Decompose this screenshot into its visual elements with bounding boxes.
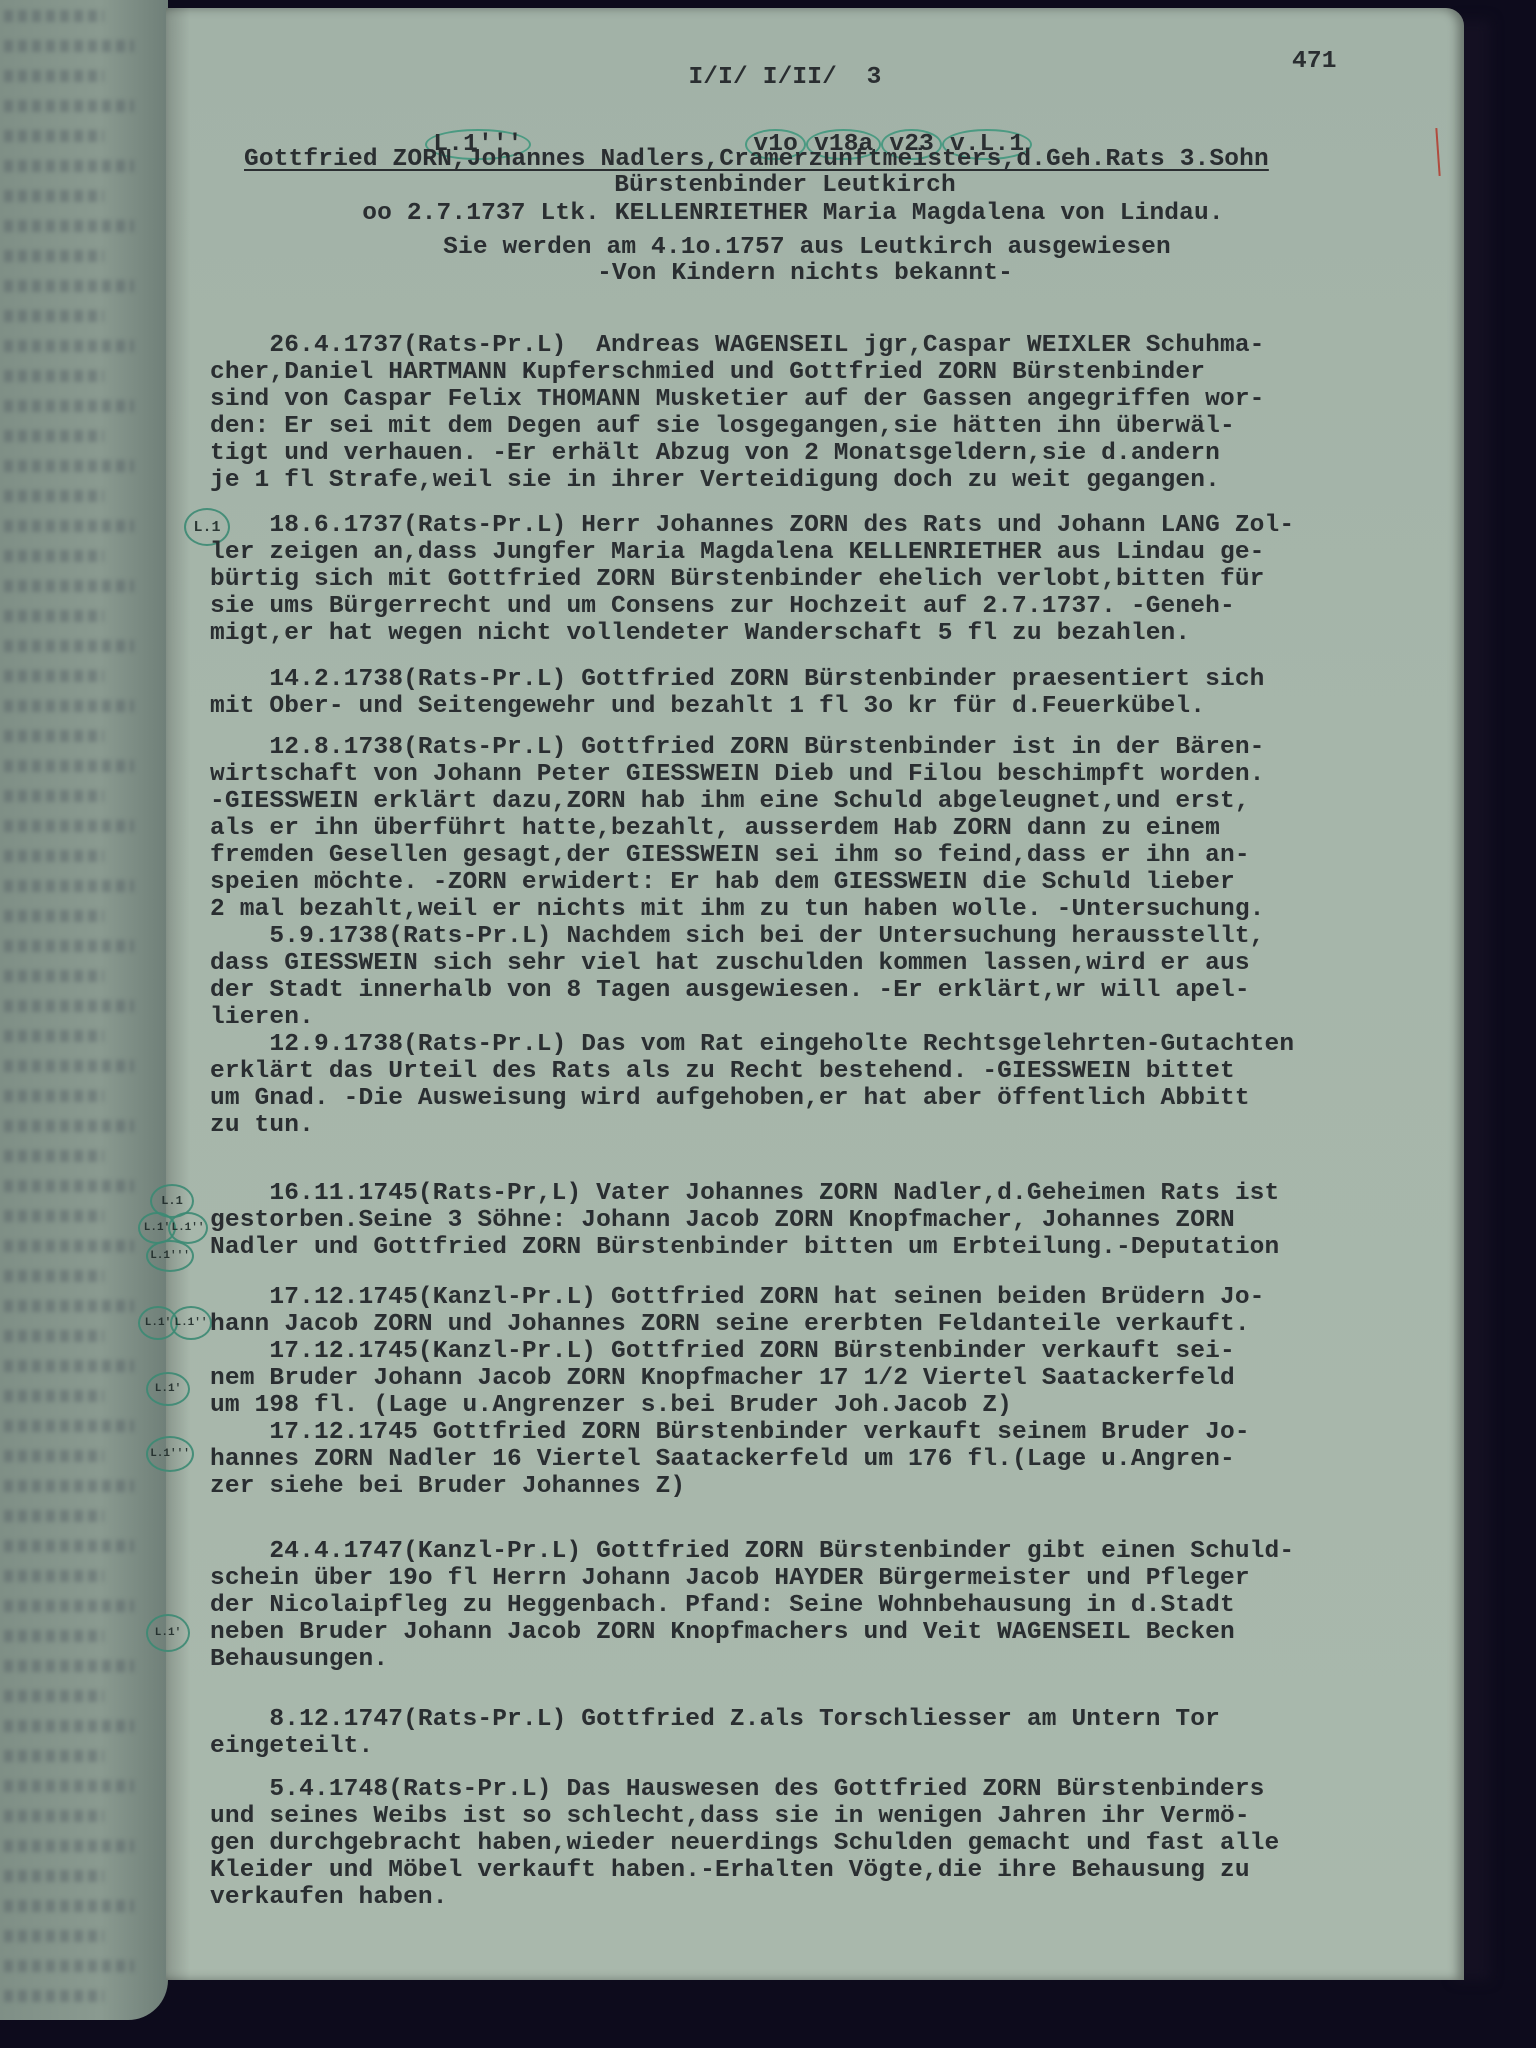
text-line: hannes ZORN Nadler 16 Viertel Saatackerf… xyxy=(210,1446,1450,1473)
text-line: 17.12.1745 Gottfried ZORN Bürstenbinder … xyxy=(210,1419,1450,1446)
text-line: lieren. xyxy=(210,1004,1450,1031)
entry-1747-12-08: 8.12.1747(Rats-Pr.L) Gottfried Z.als Tor… xyxy=(210,1706,1450,1760)
heading-occupation: Bürstenbinder Leutkirch xyxy=(136,172,1434,199)
text-line: der Stadt innerhalb von 8 Tagen ausgewie… xyxy=(210,977,1450,1004)
text-line: tigt und verhauen. -Er erhält Abzug von … xyxy=(210,440,1450,467)
file-reference: I/I/ I/II/ 3 xyxy=(136,64,1434,91)
entry-1747-04-24: 24.4.1747(Kanzl-Pr.L) Gottfried ZORN Bür… xyxy=(210,1538,1450,1673)
margin-tag: L.1'' xyxy=(168,1212,208,1244)
heading-marriage: oo 2.7.1737 Ltk. KELLENRIETHER Maria Mag… xyxy=(144,200,1442,227)
text-line: 16.11.1745(Rats-Pr,L) Vater Johannes ZOR… xyxy=(210,1180,1450,1207)
text-line: den: Er sei mit dem Degen auf sie losgeg… xyxy=(210,413,1450,440)
text-line: 18.6.1737(Rats-Pr.L) Herr Johannes ZORN … xyxy=(210,512,1450,539)
text-line: 26.4.1737(Rats-Pr.L) Andreas WAGENSEIL j… xyxy=(210,332,1450,359)
text-line: sind von Caspar Felix THOMANN Musketier … xyxy=(210,386,1450,413)
text-line: Nadler und Gottfried ZORN Bürstenbinder … xyxy=(210,1234,1450,1261)
text-line: 17.12.1745(Kanzl-Pr.L) Gottfried ZORN ha… xyxy=(210,1284,1450,1311)
text-line: Kleider und Möbel verkauft haben.-Erhalt… xyxy=(210,1857,1450,1884)
text-line: zer siehe bei Bruder Johannes Z) xyxy=(210,1473,1450,1500)
text-line: speien möchte. -ZORN erwidert: Er hab de… xyxy=(210,869,1450,896)
entry-1738-08-12: 12.8.1738(Rats-Pr.L) Gottfried ZORN Bürs… xyxy=(210,734,1450,1139)
entry-1737-04-26: 26.4.1737(Rats-Pr.L) Andreas WAGENSEIL j… xyxy=(210,332,1450,494)
text-line: zu tun. xyxy=(210,1112,1450,1139)
margin-tag: L.1''' xyxy=(146,1436,194,1472)
text-line: um 198 fl. (Lage u.Angrenzer s.bei Brude… xyxy=(210,1392,1450,1419)
text-line: 17.12.1745(Kanzl-Pr.L) Gottfried ZORN Bü… xyxy=(210,1338,1450,1365)
text-line: bürtig sich mit Gottfried ZORN Bürstenbi… xyxy=(210,566,1450,593)
heading-name: Gottfried ZORN,Johannes Nadlers,Cramerzu… xyxy=(244,146,1269,173)
facing-page-edge xyxy=(0,0,168,2020)
text-line: 2 mal bezahlt,weil er nichts mit ihm zu … xyxy=(210,896,1450,923)
text-line: 12.8.1738(Rats-Pr.L) Gottfried ZORN Bürs… xyxy=(210,734,1450,761)
text-line: gestorben.Seine 3 Söhne: Johann Jacob ZO… xyxy=(210,1207,1450,1234)
text-line: je 1 fl Strafe,weil sie in ihrer Verteid… xyxy=(210,467,1450,494)
text-line: schein über 19o fl Herrn Johann Jacob HA… xyxy=(210,1565,1450,1592)
heading-expulsion: Sie werden am 4.1o.1757 aus Leutkirch au… xyxy=(158,234,1456,261)
text-line: fremden Gesellen gesagt,der GIESSWEIN se… xyxy=(210,842,1450,869)
margin-tag: L.1' xyxy=(146,1372,190,1406)
text-line: neben Bruder Johann Jacob ZORN Knopfmach… xyxy=(210,1619,1450,1646)
entry-1738-02-14: 14.2.1738(Rats-Pr.L) Gottfried ZORN Bürs… xyxy=(210,666,1450,720)
text-line: als er ihn überführt hatte,bezahlt, auss… xyxy=(210,815,1450,842)
text-line: cher,Daniel HARTMANN Kupferschmied und G… xyxy=(210,359,1450,386)
text-line: erklärt das Urteil des Rats als zu Recht… xyxy=(210,1058,1450,1085)
text-line: wirtschaft von Johann Peter GIESSWEIN Di… xyxy=(210,761,1450,788)
text-line: ler zeigen an,dass Jungfer Maria Magdale… xyxy=(210,539,1450,566)
text-line: um Gnad. -Die Ausweisung wird aufgehoben… xyxy=(210,1085,1450,1112)
text-line: 8.12.1747(Rats-Pr.L) Gottfried Z.als Tor… xyxy=(210,1706,1450,1733)
text-line: -GIESSWEIN erklärt dazu,ZORN hab ihm ein… xyxy=(210,788,1450,815)
text-line: eingeteilt. xyxy=(210,1733,1450,1760)
margin-tag: L.1' xyxy=(146,1614,190,1652)
text-line: 12.9.1738(Rats-Pr.L) Das vom Rat eingeho… xyxy=(210,1031,1450,1058)
text-line: der Nicolaipfleg zu Heggenbach. Pfand: S… xyxy=(210,1592,1450,1619)
margin-tag: L.1''' xyxy=(146,1240,194,1272)
text-line: migt,er hat wegen nicht vollendeter Wand… xyxy=(210,620,1450,647)
text-line: sie ums Bürgerrecht und um Consens zur H… xyxy=(210,593,1450,620)
heading-children: -Von Kindern nichts bekannt- xyxy=(156,260,1454,287)
entry-1737-06-18: 18.6.1737(Rats-Pr.L) Herr Johannes ZORN … xyxy=(210,512,1450,647)
text-line: 14.2.1738(Rats-Pr.L) Gottfried ZORN Bürs… xyxy=(210,666,1450,693)
entry-1745-12-17: 17.12.1745(Kanzl-Pr.L) Gottfried ZORN ha… xyxy=(210,1284,1450,1500)
text-line: 5.4.1748(Rats-Pr.L) Das Hauswesen des Go… xyxy=(210,1776,1450,1803)
text-line: und seines Weibs ist so schlecht,dass si… xyxy=(210,1803,1450,1830)
text-line: verkaufen haben. xyxy=(210,1884,1450,1911)
text-line: 5.9.1738(Rats-Pr.L) Nachdem sich bei der… xyxy=(210,923,1450,950)
margin-tag: L.1'' xyxy=(170,1306,212,1340)
text-line: nem Bruder Johann Jacob ZORN Knopfmacher… xyxy=(210,1365,1450,1392)
entry-1748-04-05: 5.4.1748(Rats-Pr.L) Das Hauswesen des Go… xyxy=(210,1776,1450,1911)
text-line: Behausungen. xyxy=(210,1646,1450,1673)
text-line: gen durchgebracht haben,wieder neuerding… xyxy=(210,1830,1450,1857)
entry-1745-11-16: 16.11.1745(Rats-Pr,L) Vater Johannes ZOR… xyxy=(210,1180,1450,1261)
text-line: 24.4.1747(Kanzl-Pr.L) Gottfried ZORN Bür… xyxy=(210,1538,1450,1565)
text-line: mit Ober- und Seitengewehr und bezahlt 1… xyxy=(210,693,1450,720)
text-line: dass GIESSWEIN sich sehr viel hat zuschu… xyxy=(210,950,1450,977)
text-line: hann Jacob ZORN und Johannes ZORN seine … xyxy=(210,1311,1450,1338)
